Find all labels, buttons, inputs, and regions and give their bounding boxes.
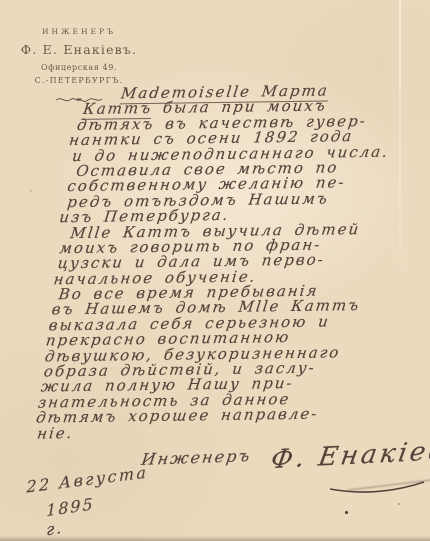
paper-speck (398, 503, 400, 505)
date-block: 22 Августа 1895 г. (26, 470, 149, 535)
paper-bottom-edge-shadow (0, 535, 430, 541)
signature-title: Инженеръ (140, 446, 252, 469)
letterhead-name: Ф. Е. Енакіевъ. (20, 42, 138, 57)
paper-speck (345, 511, 348, 514)
date-day-month: 22 Августа (26, 462, 148, 496)
letterhead-profession: ИНЖЕНЕРЪ (20, 27, 138, 36)
letterhead-address: Офицерская 49. (20, 63, 138, 72)
letter-page: ИНЖЕНЕРЪ Ф. Е. Енакіевъ. Офицерская 49. … (0, 0, 430, 541)
letterhead-city: С.-ПЕТЕРБУРГЪ. (20, 76, 138, 85)
signature-block: Инженеръ Ф. Енакіевъ (142, 440, 430, 470)
date-year: 1895 г. (46, 493, 105, 540)
letter-line-text: ніе. (36, 424, 75, 443)
paper-speck (30, 190, 32, 192)
signature-name: Ф. Енакіевъ (269, 435, 430, 475)
letter-body: Mademoiselle Марта Каттъ была при моихъ … (31, 82, 426, 442)
paper-crease-vertical (399, 0, 401, 330)
